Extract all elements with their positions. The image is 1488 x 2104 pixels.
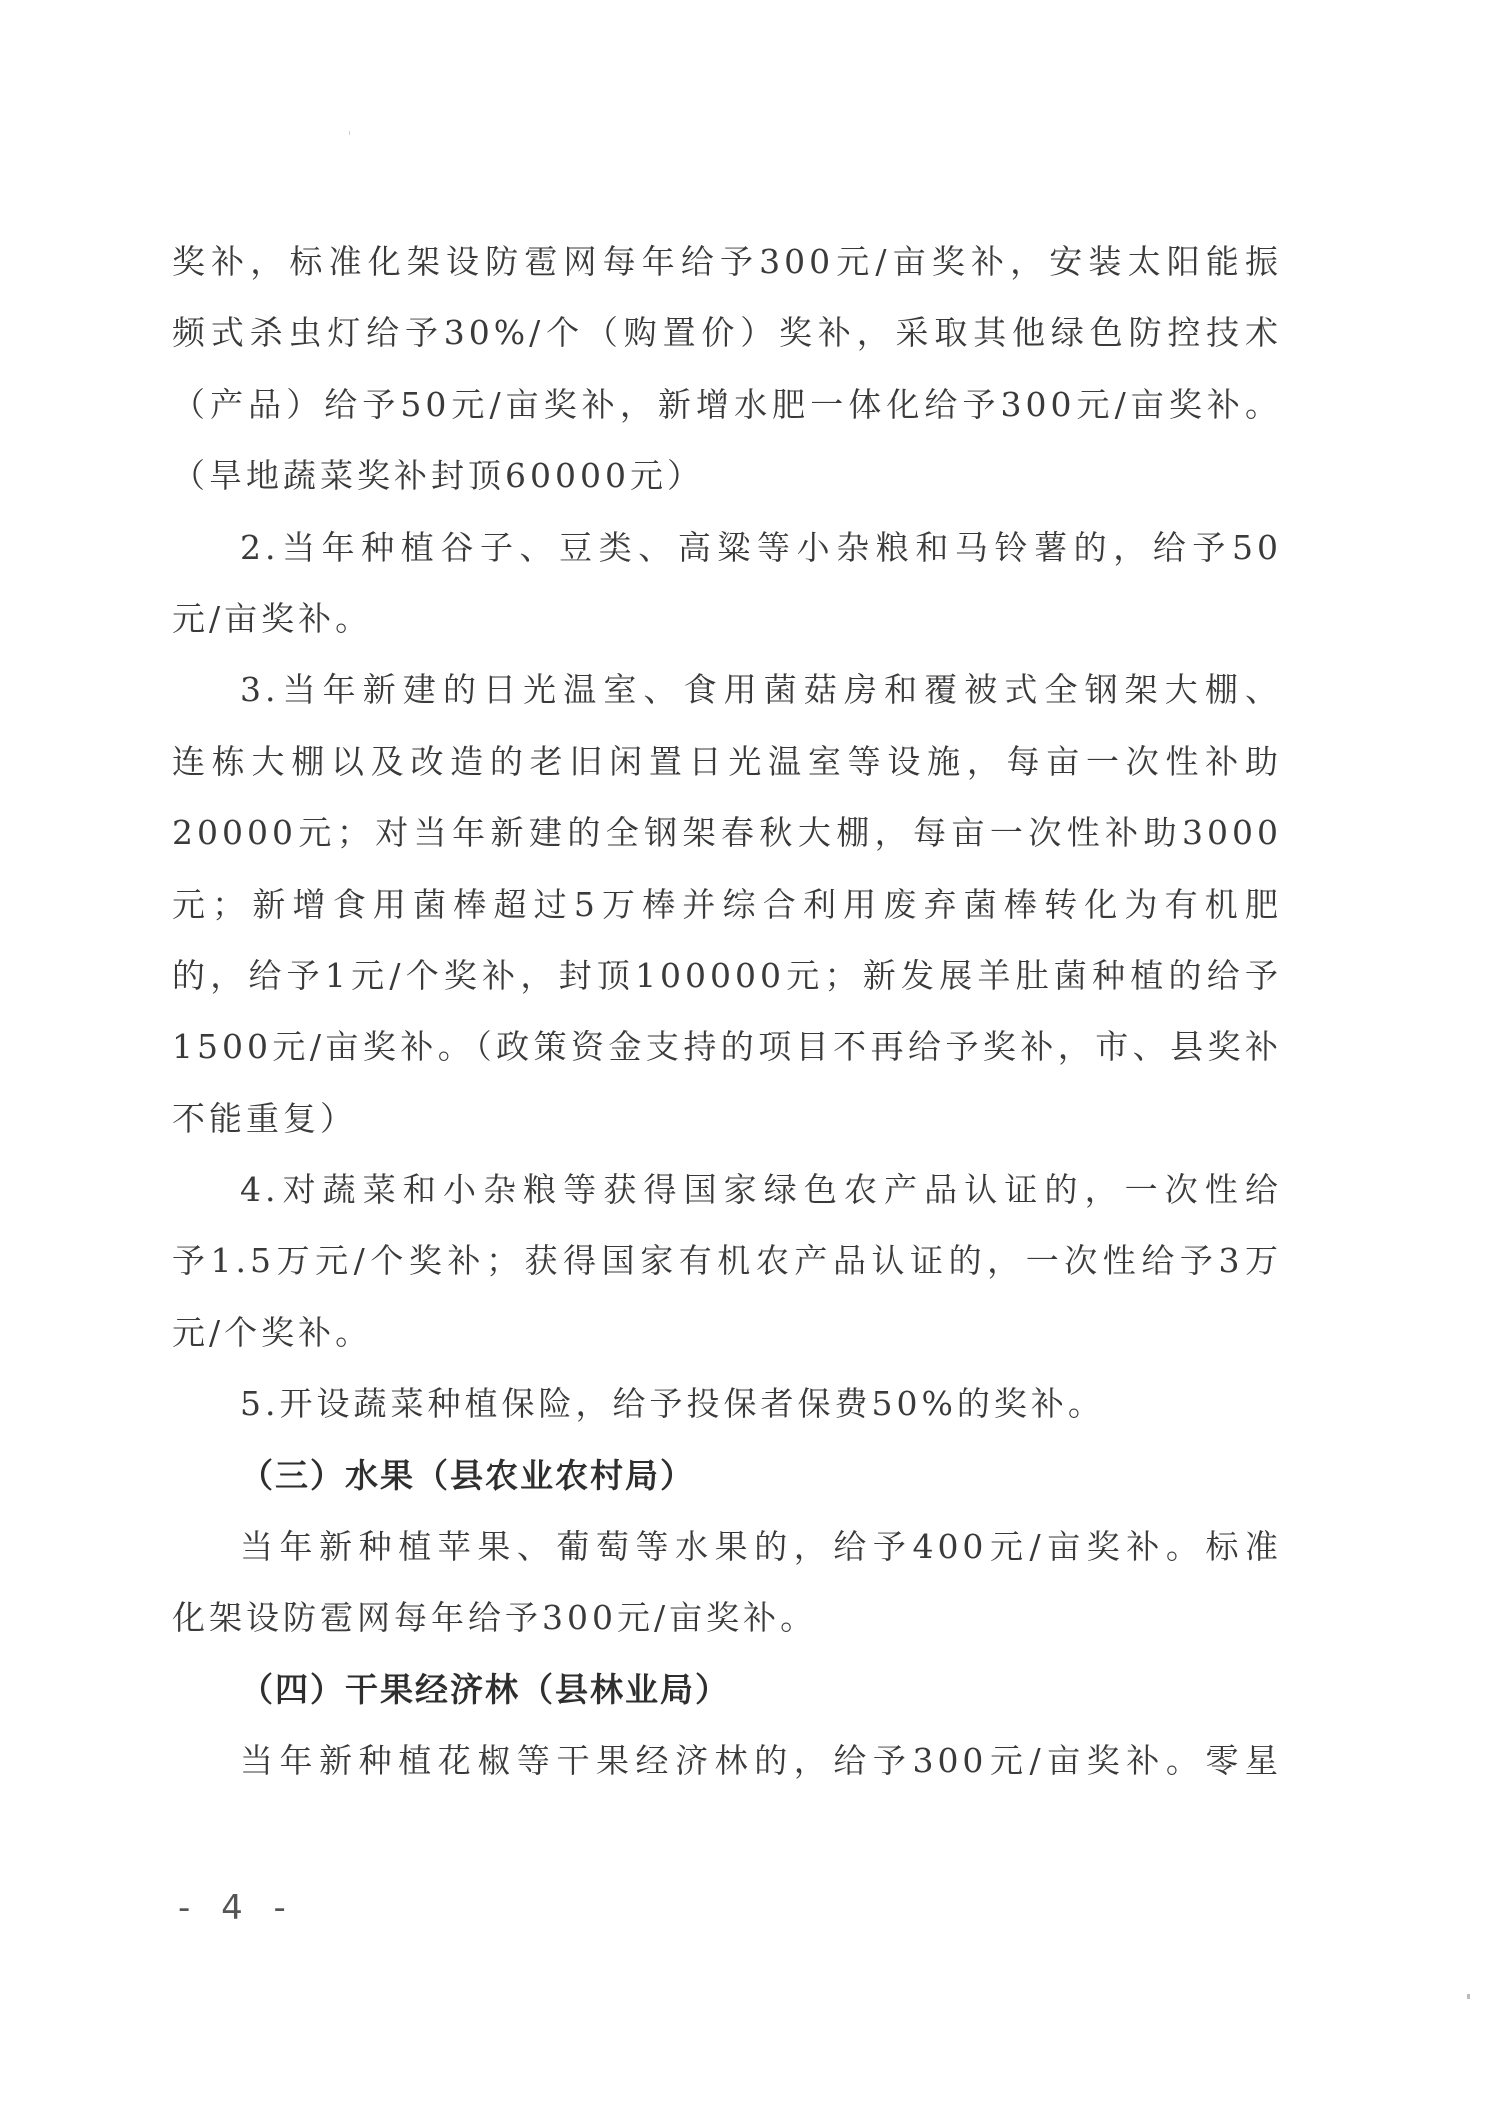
text-line: （产品）给予50元/亩奖补，新增水肥一体化给予300元/亩奖补。	[172, 369, 1282, 440]
line-text: 不能重复）	[172, 1083, 357, 1154]
line-text: （产品）给予50元/亩奖补，新增水肥一体化给予300元/亩奖补。	[172, 369, 1282, 440]
line-text: 当年新种植苹果、葡萄等水果的，给予400元/亩奖补。标准	[172, 1511, 1282, 1582]
text-line: 不能重复）	[172, 1083, 1282, 1154]
line-text: 5.开设蔬菜种植保险，给予投保者保费50%的奖补。	[172, 1368, 1105, 1439]
text-line: 化架设防雹网每年给予300元/亩奖补。	[172, 1582, 1282, 1653]
body-text: 奖补，标准化架设防雹网每年给予300元/亩奖补，安装太阳能振 频式杀虫灯给予30…	[172, 226, 1282, 1797]
text-line: 1500元/亩奖补。（政策资金支持的项目不再给予奖补，市、县奖补	[172, 1011, 1282, 1082]
scan-speck	[349, 131, 350, 135]
paragraph-item-2: 2.当年种植谷子、豆类、高粱等小杂粮和马铃薯的，给予50	[172, 512, 1282, 583]
paragraph-item-4: 4.对蔬菜和小杂粮等获得国家绿色农产品认证的，一次性给	[172, 1154, 1282, 1225]
line-text: 予1.5万元/个奖补；获得国家有机农产品认证的，一次性给予3万	[172, 1225, 1282, 1296]
line-text: 4.对蔬菜和小杂粮等获得国家绿色农产品认证的，一次性给	[172, 1154, 1282, 1225]
text-line: 奖补，标准化架设防雹网每年给予300元/亩奖补，安装太阳能振	[172, 226, 1282, 297]
text-line: 当年新种植苹果、葡萄等水果的，给予400元/亩奖补。标准	[172, 1511, 1282, 1582]
line-text: 1500元/亩奖补。（政策资金支持的项目不再给予奖补，市、县奖补	[172, 1011, 1282, 1082]
line-text: 元/个奖补。	[172, 1297, 372, 1368]
line-text: 连栋大棚以及改造的老旧闲置日光温室等设施，每亩一次性补助	[172, 726, 1282, 797]
text-line: 元；新增食用菌棒超过5万棒并综合利用废弃菌棒转化为有机肥	[172, 869, 1282, 940]
heading-text: （三）水果（县农业农村局）	[172, 1440, 695, 1511]
line-text: 频式杀虫灯给予30%/个（购置价）奖补，采取其他绿色防控技术	[172, 297, 1282, 368]
line-text: 元/亩奖补。	[172, 583, 372, 654]
text-line: 元/亩奖补。	[172, 583, 1282, 654]
line-text: 的，给予1元/个奖补，封顶100000元；新发展羊肚菌种植的给予	[172, 940, 1282, 1011]
line-text: 3.当年新建的日光温室、食用菌菇房和覆被式全钢架大棚、	[172, 654, 1282, 725]
text-line: 当年新种植花椒等干果经济林的，给予300元/亩奖补。零星	[172, 1725, 1282, 1796]
line-text: 20000元；对当年新建的全钢架春秋大棚，每亩一次性补助3000	[172, 797, 1282, 868]
text-line: 频式杀虫灯给予30%/个（购置价）奖补，采取其他绿色防控技术	[172, 297, 1282, 368]
line-text: 化架设防雹网每年给予300元/亩奖补。	[172, 1582, 817, 1653]
line-text: 奖补，标准化架设防雹网每年给予300元/亩奖补，安装太阳能振	[172, 226, 1282, 297]
text-line: 的，给予1元/个奖补，封顶100000元；新发展羊肚菌种植的给予	[172, 940, 1282, 1011]
text-line: 元/个奖补。	[172, 1297, 1282, 1368]
text-line: 连栋大棚以及改造的老旧闲置日光温室等设施，每亩一次性补助	[172, 726, 1282, 797]
text-line: 予1.5万元/个奖补；获得国家有机农产品认证的，一次性给予3万	[172, 1225, 1282, 1296]
heading-text: （四）干果经济林（县林业局）	[172, 1654, 730, 1725]
text-line: 20000元；对当年新建的全钢架春秋大棚，每亩一次性补助3000	[172, 797, 1282, 868]
section-heading-fruit: （三）水果（县农业农村局）	[172, 1440, 1282, 1511]
line-text: （旱地蔬菜奖补封顶60000元）	[172, 440, 704, 511]
paragraph-item-5: 5.开设蔬菜种植保险，给予投保者保费50%的奖补。	[172, 1368, 1282, 1439]
line-text: 2.当年种植谷子、豆类、高粱等小杂粮和马铃薯的，给予50	[172, 512, 1282, 583]
document-page: 奖补，标准化架设防雹网每年给予300元/亩奖补，安装太阳能振 频式杀虫灯给予30…	[0, 0, 1488, 2104]
line-text: 元；新增食用菌棒超过5万棒并综合利用废弃菌棒转化为有机肥	[172, 869, 1282, 940]
section-heading-dried-fruit-forest: （四）干果经济林（县林业局）	[172, 1654, 1282, 1725]
scan-speck	[1467, 1994, 1470, 1999]
paragraph-item-3: 3.当年新建的日光温室、食用菌菇房和覆被式全钢架大棚、	[172, 654, 1282, 725]
line-text: 当年新种植花椒等干果经济林的，给予300元/亩奖补。零星	[172, 1725, 1282, 1796]
page-number: - 4 -	[178, 1888, 296, 1928]
text-line: （旱地蔬菜奖补封顶60000元）	[172, 440, 1282, 511]
